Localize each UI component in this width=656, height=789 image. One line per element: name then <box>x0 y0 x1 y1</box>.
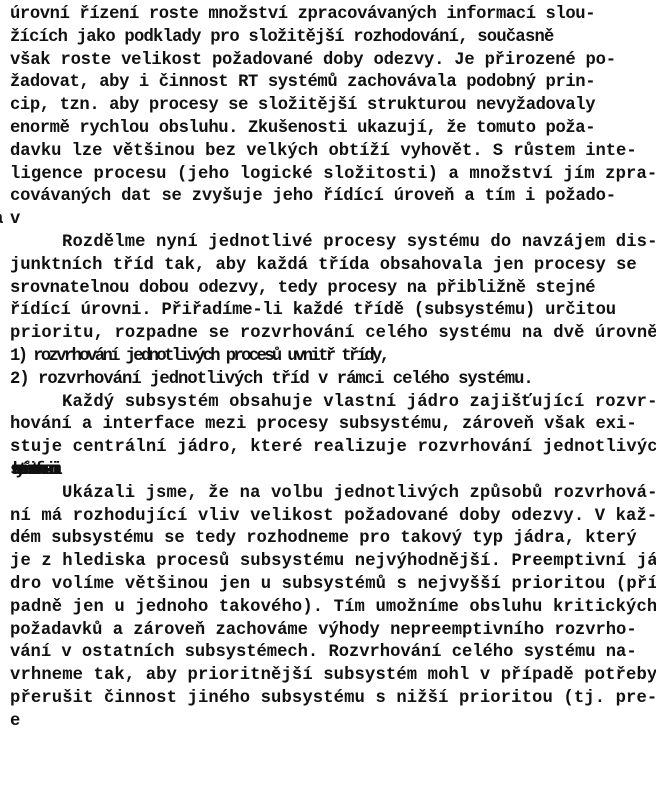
text-line: stuje centrální jádro, které realizuje r… <box>10 437 650 460</box>
text-line: covávaných dat se zvyšuje jeho řídící úr… <box>10 186 650 209</box>
text-line: je z hlediska procesů subsystému nejvýho… <box>10 551 650 574</box>
text-line: úrovní řízení roste množství zpracovávan… <box>10 4 650 27</box>
text-line: vaná doba odezvy. <box>10 209 650 232</box>
text-line: dro volíme většinou jen u subsystémů s n… <box>10 574 650 597</box>
text-line: přerušit činnost jiného subsystému s niž… <box>10 688 650 711</box>
list-item-line: 1) rozvrhování jednotlivých procesů uvni… <box>10 346 650 369</box>
text-line: srovnatelnou dobou odezvy, tedy procesy … <box>10 278 650 301</box>
paragraph-start-line: Ukázali jsme, že na volbu jednotlivých z… <box>10 483 650 506</box>
text-line: však roste velikost požadované doby odez… <box>10 50 650 73</box>
text-line: padně jen u jednoho takového). Tím umožn… <box>10 597 650 620</box>
text-line: junktních tříd tak, aby každá třída obsa… <box>10 255 650 278</box>
text-line: vání v ostatních subsystémech. Rozvrhová… <box>10 642 650 665</box>
text-line: dém subsystému se tedy rozhodneme pro ta… <box>10 528 650 551</box>
text-line: hování a interface mezi procesy subsysté… <box>10 414 650 437</box>
text-line: ligence procesu (jeho logické složitosti… <box>10 164 650 187</box>
text-line: prioritu, rozpadne se rozvrhování celého… <box>10 323 650 346</box>
text-line: vrhneme tak, aby prioritnější subsystém … <box>10 665 650 688</box>
text-line: žících jako podklady pro složitější rozh… <box>10 27 650 50</box>
paragraph-start-line: Každý subsystém obsahuje vlastní jádro z… <box>10 392 650 415</box>
list-item-line: 2) rozvrhování jednotlivých tříd v rámci… <box>10 369 650 392</box>
document-page: úrovní řízení roste množství zpracovávan… <box>10 4 650 734</box>
text-line: ní má rozhodující vliv velikost požadova… <box>10 506 650 529</box>
text-line: davku lze většinou bez velkých obtíží vy… <box>10 141 650 164</box>
text-line: cip, tzn. aby procesy se složitější stru… <box>10 95 650 118</box>
text-line: požadavků a zároveň zachováme výhody nep… <box>10 620 650 643</box>
text-line: subsystémů a interface mezi nimi. <box>10 460 650 483</box>
text-line: řídící úrovni. Přiřadíme-li každé třídě … <box>10 300 650 323</box>
text-line: žadovat, aby i činnost RT systémů zachov… <box>10 72 650 95</box>
text-line: emptivně). <box>10 711 650 734</box>
paragraph-start-line: Rozdělme nyní jednotlivé procesy systému… <box>10 232 650 255</box>
text-line: enormě rychlou obsluhu. Zkušenosti ukazu… <box>10 118 650 141</box>
